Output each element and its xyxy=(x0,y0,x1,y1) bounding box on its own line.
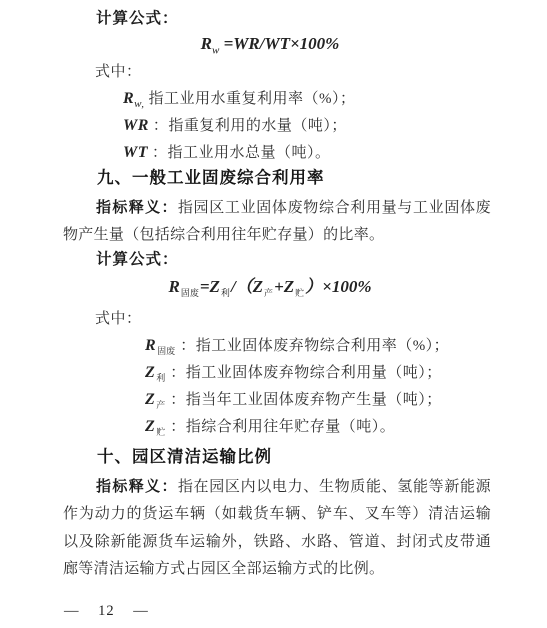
definition-subscript: 产 xyxy=(156,400,165,410)
formula-segment: /（Z xyxy=(231,277,263,296)
definition-text: ：指重复利用的水量（吨）； xyxy=(153,118,347,134)
document-page: 计算公式： Rw =WR/WT×100% 式中： Rw,指工业用水重复利用率（%… xyxy=(0,0,547,628)
calc-formula-label-2: 计算公式： xyxy=(96,249,179,271)
formula-expression: =WR/WT×100% xyxy=(219,34,339,53)
definition-term: Z xyxy=(145,364,155,381)
definition-subscript: w, xyxy=(134,98,144,110)
formula-var-r: R xyxy=(168,277,179,296)
section-10-definition-paragraph: 指标释义：指在园区内以电力、生物质能、氢能等新能源作为动力的货运车辆（如载货车辆… xyxy=(63,473,491,583)
definition-z-zhu: Z贮：指综合利用往年贮存量（吨）。 xyxy=(145,416,395,438)
definition-text: ：指当年工业固体废弃物产生量（吨）； xyxy=(170,392,442,408)
definition-term: WT xyxy=(123,144,148,161)
definition-wr: WR：指重复利用的水量（吨）； xyxy=(123,115,347,137)
page-number: — 12 — xyxy=(64,602,149,620)
formula-subscript-chan: 产 xyxy=(264,288,273,298)
where-label-1: 式中： xyxy=(95,61,142,83)
section-heading-9: 九、一般工业固废综合利用率 xyxy=(97,167,325,189)
formula-subscript-guifei: 固废 xyxy=(181,288,199,298)
formula-var-r: R xyxy=(201,34,212,53)
section-heading-10: 十、园区清洁运输比例 xyxy=(97,446,272,468)
definition-text: 指工业用水重复利用率（%）； xyxy=(148,91,355,107)
definition-text: ：指综合利用往年贮存量（吨）。 xyxy=(170,419,395,435)
formula-segment: ）×100% xyxy=(305,277,371,296)
definition-text: ：指工业固体废弃物综合利用量（吨）； xyxy=(170,365,442,381)
section-9-definition-paragraph: 指标释义：指园区工业固体废物综合利用量与工业固体废物产生量（包括综合利用往年贮存… xyxy=(63,194,491,250)
formula-segment: =Z xyxy=(200,277,220,296)
definition-wt: WT：指工业用水总量（吨）。 xyxy=(123,142,331,164)
definition-term: R xyxy=(123,90,134,107)
definition-term: WR xyxy=(123,117,149,134)
definition-z-li: Z利：指工业固体废弃物综合利用量（吨）； xyxy=(145,362,442,384)
definition-lead-label: 指标释义： xyxy=(96,199,178,216)
definition-text: ：指工业用水总量（吨）。 xyxy=(152,145,331,161)
formula-subscript-zhu: 贮 xyxy=(295,288,304,298)
definition-lead-label: 指标释义： xyxy=(96,478,178,495)
formula-water-reuse: Rw =WR/WT×100% xyxy=(63,33,477,55)
definition-subscript: 利 xyxy=(156,373,165,383)
formula-segment: +Z xyxy=(274,277,294,296)
definition-term: Z xyxy=(145,391,155,408)
definition-term: Z xyxy=(145,418,155,435)
calc-formula-label-1: 计算公式： xyxy=(96,8,179,30)
formula-subscript-li: 利 xyxy=(221,288,230,298)
definition-subscript: 贮 xyxy=(156,427,165,437)
definition-z-chan: Z产：指当年工业固体废弃物产生量（吨）； xyxy=(145,389,442,411)
where-label-2: 式中： xyxy=(95,308,142,330)
definition-term: R xyxy=(145,337,156,354)
definition-r-guifei: R固废：指工业固体废弃物综合利用率（%）； xyxy=(145,335,449,357)
definition-text: ：指工业固体废弃物综合利用率（%）； xyxy=(180,338,449,354)
definition-rw: Rw,指工业用水重复利用率（%）； xyxy=(123,88,355,110)
definition-subscript: 固废 xyxy=(157,346,175,356)
formula-solid-waste: R固废=Z利/（Z产+Z贮）×100% xyxy=(63,276,477,298)
